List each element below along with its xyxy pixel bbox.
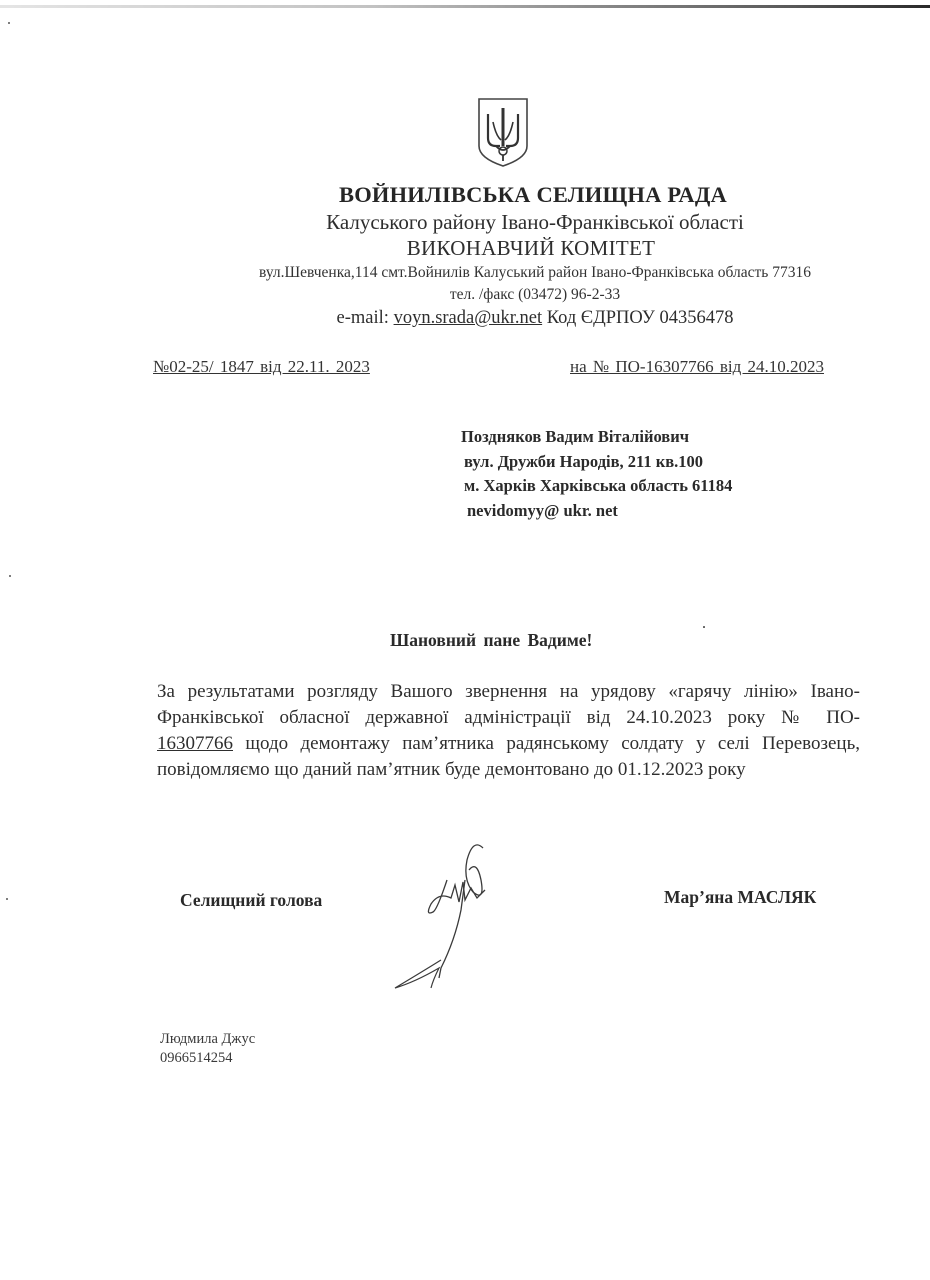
recipient-email: nevidomyy@ ukr. net [461,499,732,524]
organization-contacts: e-mail: voyn.srada@ukr.net Код ЄДРПОУ 04… [70,308,930,329]
salutation: Шановний пане Вадиме! [390,630,592,651]
edrpou-code: Код ЄДРПОУ 04356478 [542,308,733,328]
scan-speck [8,22,10,24]
signatory-title: Селищний голова [180,890,322,911]
body-line: За результатами розгляду Вашого зверненн… [157,679,860,705]
signatory-name: Мар’яна МАСЛЯК [664,887,816,908]
recipient-block: Поздняков Вадим Віталійович вул. Дружби … [461,425,732,523]
incoming-reference: на № ПО-16307766 від 24.10.2023 [570,357,824,377]
scan-speck [9,575,11,577]
recipient-street: вул. Дружби Народів, 211 кв.100 [461,450,732,475]
body-line: 16307766 щодо демонтажу пам’ятника радян… [157,731,860,757]
coat-of-arms-icon [476,96,530,168]
request-number: 16307766 [157,733,233,754]
executor-phone: 0966514254 [160,1049,255,1068]
letter-body: За результатами розгляду Вашого зверненн… [157,679,860,783]
handwritten-signature-icon [385,840,495,995]
outgoing-reference: №02-25/ 1847 від 22.11. 2023 [153,357,370,377]
body-line: повідомляємо що даний пам’ятник буде дем… [157,757,860,783]
body-line-rest: щодо демонтажу пам’ятника радянському со… [233,733,860,754]
recipient-name: Поздняков Вадим Віталійович [461,425,732,450]
organization-committee: ВИКОНАВЧИЙ КОМІТЕТ [66,236,930,261]
organization-region: Калуського району Івано-Франківської обл… [70,210,930,235]
organization-address: вул.Шевченка,114 смт.Войнилів Калуський … [70,264,930,282]
email-label: e-mail: [337,308,394,328]
scan-speck [703,626,705,628]
executor-block: Людмила Джус 0966514254 [160,1030,255,1068]
scan-speck [6,898,8,900]
scan-edge-line [0,5,930,8]
organization-name: ВОЙНИЛІВСЬКА СЕЛИЩНА РАДА [68,182,930,208]
body-line: Франківської обласної державної адмініст… [157,705,860,731]
recipient-city: м. Харків Харківська область 61184 [461,474,732,499]
email-link[interactable]: voyn.srada@ukr.net [394,308,543,328]
organization-phone: тел. /факс (03472) 96-2-33 [70,286,930,304]
executor-name: Людмила Джус [160,1030,255,1049]
